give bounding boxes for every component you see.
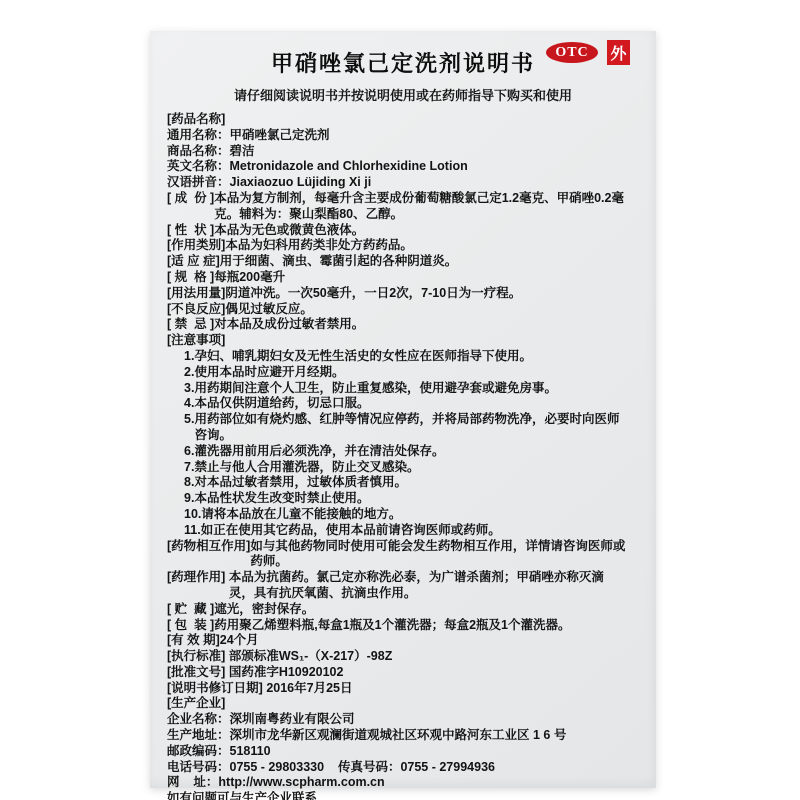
doc-line: [注意事项] (167, 333, 628, 349)
doc-line: 2.使用本品时应避开月经期。 (167, 365, 628, 381)
doc-line-label: [执行标准] (167, 649, 229, 665)
doc-line-label: 1. (184, 349, 194, 365)
doc-line-text: 本品为妇科用药类非处方药药品。 (225, 238, 413, 254)
doc-line-label: 4. (184, 396, 194, 412)
doc-line: 5.用药部位如有烧灼感、红肿等情况应停药，并将局部药物洗净，必要时向医师咨询。 (167, 412, 628, 444)
doc-line-text: 药用聚乙烯塑料瓶,每盒1瓶及1个灌洗器；每盒2瓶及1个灌洗器。 (214, 618, 570, 634)
doc-line-label: [作用类别] (167, 238, 225, 254)
doc-line-label: 企业名称： (167, 712, 230, 728)
doc-line: 3.用药期间注意个人卫生，防止重复感染，使用避孕套或避免房事。 (167, 381, 628, 397)
doc-line-label: [ 性 状 ] (167, 223, 214, 239)
doc-line-label: 通用名称： (167, 128, 230, 144)
doc-line-label: 网 址： (167, 775, 218, 791)
external-use-badge: 外 (607, 40, 630, 65)
doc-line-label: [药理作用] (167, 570, 229, 586)
doc-line-text: 国药准字H10920102 (229, 665, 344, 681)
doc-line: 汉语拼音：Jiaxiaozuo Lüjiding Xi ji (167, 175, 628, 191)
doc-line: 生产地址：深圳市龙华新区观澜街道观城社区环观中路河东工业区 1 6 号 (167, 728, 628, 744)
doc-line: [适 应 症]用于细菌、滴虫、霉菌引起的各种阴道炎。 (167, 254, 628, 270)
doc-line: [有 效 期]24个月 (167, 633, 628, 649)
doc-line: [ 贮 藏 ]遮光，密封保存。 (167, 602, 628, 618)
doc-line-label: 8. (184, 475, 194, 491)
doc-line: [ 成 份 ]本品为复方制剂，每毫升含主要成份葡萄糖酸氯己定1.2毫克、甲硝唑0… (167, 191, 628, 223)
doc-line: 9.本品性状发生改变时禁止使用。 (167, 491, 628, 507)
doc-line: [ 包 装 ]药用聚乙烯塑料瓶,每盒1瓶及1个灌洗器；每盒2瓶及1个灌洗器。 (167, 618, 628, 634)
leaflet-body: [药品名称]通用名称：甲硝唑氯己定洗剂商品名称：碧洁英文名称：Metronida… (150, 112, 656, 800)
doc-line-label: [ 包 装 ] (167, 618, 214, 634)
doc-line: 11.如正在使用其它药品，使用本品前请咨询医师或药师。 (167, 523, 628, 539)
doc-line-text: 甲硝唑氯己定洗剂 (230, 128, 330, 144)
doc-line-text: 灌洗器用前用后必须洗净，并在清洁处保存。 (194, 444, 444, 460)
doc-line-label: 3. (184, 381, 194, 397)
doc-line-label: [ 规 格 ] (167, 270, 214, 286)
doc-line: 4.本品仅供阴道给药，切忌口服。 (167, 396, 628, 412)
doc-line: 企业名称：深圳南粤药业有限公司 (167, 712, 628, 728)
doc-line: 商品名称：碧洁 (167, 144, 628, 160)
doc-line-label: 邮政编码： (167, 744, 230, 760)
doc-line-text: 518110 (230, 744, 271, 760)
doc-line-text: 24个月 (220, 633, 259, 649)
doc-line-text: 深圳市龙华新区观澜街道观城社区环观中路河东工业区 1 6 号 (230, 728, 567, 744)
doc-line-label: [用法用量] (167, 286, 225, 302)
doc-line-label: 10. (184, 507, 201, 523)
doc-line-label: 6. (184, 444, 194, 460)
doc-line-label: 11. (184, 523, 201, 539)
doc-line-label: 电话号码： (167, 760, 230, 776)
doc-line-text: 偶见过敏反应。 (225, 302, 313, 318)
doc-line-label: [注意事项] (167, 333, 225, 349)
doc-line: [ 性 状 ]本品为无色或微黄色液体。 (167, 223, 628, 239)
doc-line: 10.请将本品放在儿童不能接触的地方。 (167, 507, 628, 523)
doc-line-label: [药物相互作用] (167, 539, 250, 555)
doc-line-text: 阴道冲洗。一次50毫升，一日2次，7-10日为一疗程。 (225, 286, 521, 302)
doc-line: [ 规 格 ]每瓶200毫升 (167, 270, 628, 286)
doc-line-text: 本品为复方制剂，每毫升含主要成份葡萄糖酸氯己定1.2毫克、甲硝唑0.2毫克。辅料… (214, 191, 628, 223)
doc-line-text: 用于细菌、滴虫、霉菌引起的各种阴道炎。 (220, 254, 458, 270)
doc-line: [药品名称] (167, 112, 628, 128)
doc-line-text: 对本品过敏者禁用，过敏体质者慎用。 (194, 475, 407, 491)
doc-line-text: 本品仅供阴道给药，切忌口服。 (194, 396, 369, 412)
doc-line: [批准文号] 国药准字H10920102 (167, 665, 628, 681)
doc-line-label: 汉语拼音： (167, 175, 230, 191)
doc-line-label: [不良反应] (167, 302, 225, 318)
doc-line-text: 如与其他药物同时使用可能会发生药物相互作用，详情请咨询医师或药师。 (250, 539, 628, 571)
doc-line-text: 本品为无色或微黄色液体。 (214, 223, 364, 239)
doc-line-label: 2. (184, 365, 194, 381)
doc-line-text: 2016年7月25日 (266, 681, 352, 697)
doc-line-text: Jiaxiaozuo Lüjiding Xi ji (230, 175, 372, 191)
doc-line: [ 禁 忌 ]对本品及成份过敏者禁用。 (167, 317, 628, 333)
doc-line-label: [ 贮 藏 ] (167, 602, 214, 618)
doc-line: 邮政编码：518110 (167, 744, 628, 760)
leaflet-paper: OTC 外 甲硝唑氯己定洗剂说明书 请仔细阅读说明书并按说明使用或在药师指导下购… (150, 31, 656, 788)
doc-line-text: 本品性状发生改变时禁止使用。 (194, 491, 369, 507)
doc-line-label: [说明书修订日期] (167, 681, 266, 697)
doc-line: [药理作用] 本品为抗菌药。氯己定亦称洗必泰，为广谱杀菌剂；甲硝唑亦称灭滴灵，具… (167, 570, 628, 602)
doc-line: 7.禁止与他人合用灌洗器，防止交叉感染。 (167, 460, 628, 476)
doc-line-label: 9. (184, 491, 194, 507)
doc-line: [用法用量]阴道冲洗。一次50毫升，一日2次，7-10日为一疗程。 (167, 286, 628, 302)
doc-line-label: 英文名称： (167, 159, 230, 175)
doc-line: 8.对本品过敏者禁用，过敏体质者慎用。 (167, 475, 628, 491)
doc-line: 如有问题可与生产企业联系 (167, 791, 628, 800)
doc-line-text: 禁止与他人合用灌洗器，防止交叉感染。 (194, 460, 419, 476)
doc-line-text: 碧洁 (230, 144, 255, 160)
doc-line-label: [批准文号] (167, 665, 229, 681)
doc-line-text: 每瓶200毫升 (214, 270, 285, 286)
doc-line-label: 如有问题可与生产企业联系 (167, 791, 317, 800)
doc-line: 6.灌洗器用前用后必须洗净，并在清洁处保存。 (167, 444, 628, 460)
doc-line-label: [适 应 症] (167, 254, 220, 270)
doc-line-label: 5. (184, 412, 194, 428)
doc-line-label: 商品名称： (167, 144, 230, 160)
otc-badge: OTC (546, 42, 598, 63)
badge-group: OTC 外 (546, 40, 630, 65)
doc-line-text: 本品为抗菌药。氯己定亦称洗必泰，为广谱杀菌剂；甲硝唑亦称灭滴灵，具有抗厌氧菌、抗… (229, 570, 628, 602)
doc-line-label: 7. (184, 460, 194, 476)
doc-line-text: 对本品及成份过敏者禁用。 (214, 317, 364, 333)
doc-line-label: [生产企业] (167, 696, 225, 712)
doc-line: [药物相互作用]如与其他药物同时使用可能会发生药物相互作用，详情请咨询医师或药师… (167, 539, 628, 571)
doc-line: [作用类别]本品为妇科用药类非处方药药品。 (167, 238, 628, 254)
doc-line: [不良反应]偶见过敏反应。 (167, 302, 628, 318)
doc-line-text: 使用本品时应避开月经期。 (194, 365, 344, 381)
doc-line-text: 用药部位如有烧灼感、红肿等情况应停药，并将局部药物洗净，必要时向医师咨询。 (194, 412, 628, 444)
doc-line: 1.孕妇、哺乳期妇女及无性生活史的女性应在医师指导下使用。 (167, 349, 628, 365)
doc-line: 电话号码：0755 - 29803330 传真号码：0755 - 2799493… (167, 760, 628, 776)
doc-line-label: [ 成 份 ] (167, 191, 214, 207)
doc-line-text: 部颁标准WS₁-（X-217）-98Z (229, 649, 393, 665)
doc-line-label: [有 效 期] (167, 633, 220, 649)
doc-line: 网 址：http://www.scpharm.com.cn (167, 775, 628, 791)
doc-line-text: 孕妇、哺乳期妇女及无性生活史的女性应在医师指导下使用。 (194, 349, 532, 365)
doc-line: 通用名称：甲硝唑氯己定洗剂 (167, 128, 628, 144)
doc-line-text: 用药期间注意个人卫生，防止重复感染，使用避孕套或避免房事。 (194, 381, 557, 397)
doc-line-text: http://www.scpharm.com.cn (218, 775, 384, 791)
doc-line-label: [ 禁 忌 ] (167, 317, 214, 333)
doc-line: [执行标准] 部颁标准WS₁-（X-217）-98Z (167, 649, 628, 665)
doc-line: [说明书修订日期] 2016年7月25日 (167, 681, 628, 697)
leaflet-subtitle: 请仔细阅读说明书并按说明使用或在药师指导下购买和使用 (150, 85, 656, 104)
doc-line-text: Metronidazole and Chlorhexidine Lotion (230, 159, 468, 175)
doc-line-text: 遮光，密封保存。 (214, 602, 314, 618)
doc-line-label: [药品名称] (167, 112, 225, 128)
doc-line-text: 请将本品放在儿童不能接触的地方。 (201, 507, 401, 523)
doc-line-label: 生产地址： (167, 728, 230, 744)
doc-line-text: 深圳南粤药业有限公司 (230, 712, 355, 728)
doc-line-text: 0755 - 29803330 传真号码：0755 - 27994936 (230, 760, 495, 776)
doc-line: [生产企业] (167, 696, 628, 712)
doc-line-text: 如正在使用其它药品，使用本品前请咨询医师或药师。 (201, 523, 501, 539)
doc-line: 英文名称：Metronidazole and Chlorhexidine Lot… (167, 159, 628, 175)
